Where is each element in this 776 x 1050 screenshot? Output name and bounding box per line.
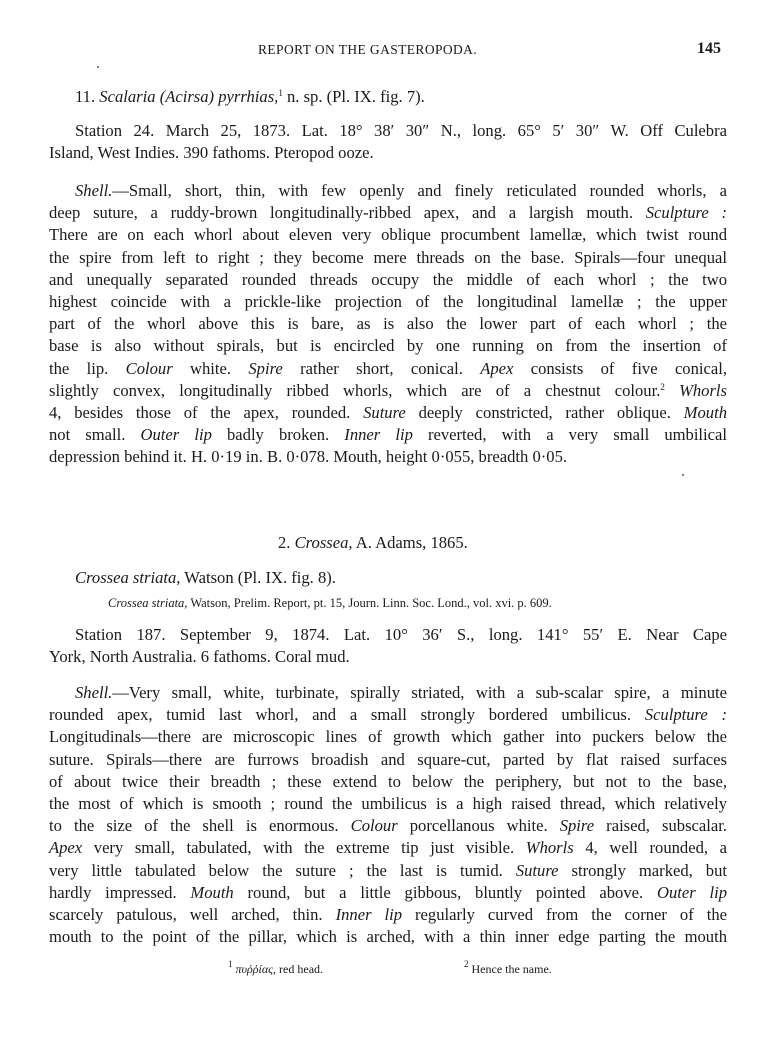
description-line: depression behind it. H. 0·19 in. B. 0·0… (49, 446, 727, 468)
description-line: Shell.—Very small, white, turbinate, spi… (75, 682, 727, 704)
text-run: Longitudinals—there are microscopic line… (49, 727, 727, 746)
text-run: mouth to the point of the pillar, which … (49, 927, 727, 946)
italic-term: Apex (480, 359, 513, 378)
text-run: part of the whorl above this is bare, as… (49, 314, 727, 333)
species-heading-1: 11. Scalaria (Acirsa) pyrrhias,1 n. sp. … (75, 86, 425, 108)
text-run: scarcely patulous, well arched, thin. (49, 905, 336, 924)
text-run: depression behind it. H. 0·19 in. B. 0·0… (49, 447, 567, 466)
text-run: white. (173, 359, 249, 378)
text-run: base is also without spirals, but is enc… (49, 336, 727, 355)
italic-term: Sculpture : (645, 705, 727, 724)
description-line: the lip. Colour white. Spire rather shor… (49, 358, 727, 380)
text-run: the lip. (49, 359, 126, 378)
italic-term: Outer lip (141, 425, 212, 444)
italic-term: Outer lip (657, 883, 727, 902)
page-number: 145 (697, 40, 721, 58)
footnote-text: red head. (276, 962, 323, 976)
citation-species: Crossea striata, (108, 596, 187, 610)
text-run: of about twice their breadth ; these ext… (49, 772, 727, 791)
italic-term: Shell. (75, 181, 112, 200)
italic-term: Shell. (75, 683, 112, 702)
description-line: hardly impressed. Mouth round, but a lit… (49, 882, 727, 904)
italic-term: Suture (363, 403, 406, 422)
text-run: suture. Spirals—there are furrows broadi… (49, 750, 727, 769)
description-line: base is also without spirals, but is enc… (49, 335, 727, 357)
italic-term: Spire (560, 816, 594, 835)
text-run: and unequally separated rounded threads … (49, 270, 727, 289)
species-number: 11. (75, 87, 95, 106)
description-line: suture. Spirals—there are furrows broadi… (49, 749, 727, 771)
text-run: to the size of the shell is enormous. (49, 816, 351, 835)
text-run: 4, besides those of the apex, rounded. (49, 403, 363, 422)
citation-text: Watson, Prelim. Report, pt. 15, Journ. L… (187, 596, 551, 610)
text-run: rounded apex, tumid last whorl, and a sm… (49, 705, 645, 724)
description-line: rounded apex, tumid last whorl, and a sm… (49, 704, 727, 726)
station-line: Station 187. September 9, 1874. Lat. 10°… (75, 624, 727, 646)
description-line: highest coincide with a prickle-like pro… (49, 291, 727, 313)
italic-term: Spire (248, 359, 282, 378)
species-heading-2: Crossea striata, Watson (Pl. IX. fig. 8)… (75, 567, 336, 589)
description-line: deep suture, a ruddy-brown longitudinall… (49, 202, 727, 224)
description-line: of about twice their breadth ; these ext… (49, 771, 727, 793)
document-page: REPORT ON THE GASTEROPODA. 145 11. Scala… (0, 0, 776, 1050)
footnote-2: 2 Hence the name. (464, 962, 552, 977)
text-run: slightly convex, longitudinally ribbed w… (49, 381, 660, 400)
text-run: There are on each whorl about eleven ver… (49, 225, 727, 244)
text-run: very small, tabulated, with the extreme … (82, 838, 526, 857)
footnote-1: 1 πυῤῥίας, red head. (228, 962, 323, 977)
italic-term: Mouth (684, 403, 727, 422)
text-run: highest coincide with a prickle-like pro… (49, 292, 727, 311)
synonymy-citation: Crossea striata, Watson, Prelim. Report,… (108, 596, 552, 611)
text-run: 4, well rounded, a (574, 838, 727, 857)
greek-word: πυῤῥίας, (236, 962, 277, 976)
description-line: Longitudinals—there are microscopic line… (49, 726, 727, 748)
text-run: the most of which is smooth ; round the … (49, 794, 727, 813)
text-run: raised, subscalar. (594, 816, 727, 835)
genus-name: Crossea, (295, 533, 353, 552)
italic-term: Colour (351, 816, 398, 835)
print-speck (682, 474, 684, 476)
description-line: to the size of the shell is enormous. Co… (49, 815, 727, 837)
text-run: badly broken. (212, 425, 344, 444)
text-run: —Very small, white, turbinate, spirally … (112, 683, 727, 702)
text-run (665, 381, 679, 400)
italic-term: Whorls (679, 381, 727, 400)
text-run: —Small, short, thin, with few openly and… (112, 181, 727, 200)
text-run: hardly impressed. (49, 883, 190, 902)
subgenus-name: (Acirsa) (160, 87, 214, 106)
description-line: There are on each whorl about eleven ver… (49, 224, 727, 246)
species-name: pyrrhias, (218, 87, 278, 106)
italic-term: Colour (126, 359, 173, 378)
text-run: not small. (49, 425, 141, 444)
italic-term: Inner lip (344, 425, 413, 444)
italic-term: Inner lip (336, 905, 402, 924)
genus-number: 2. (278, 533, 290, 552)
description-line: Apex very small, tabulated, with the ext… (49, 837, 727, 859)
station-line: York, North Australia. 6 fathoms. Coral … (49, 646, 727, 668)
text-run: deeply constricted, rather oblique. (406, 403, 684, 422)
text-run: very little tabulated below the suture ;… (49, 861, 516, 880)
genus-name: Scalaria (99, 87, 155, 106)
text-run: strongly marked, but (559, 861, 727, 880)
italic-term: Suture (516, 861, 559, 880)
text-run: rather short, conical. (283, 359, 480, 378)
italic-term: Whorls (526, 838, 574, 857)
print-speck (97, 66, 99, 68)
description-line: the spire from left to right ; they beco… (49, 247, 727, 269)
description-line: part of the whorl above this is bare, as… (49, 313, 727, 335)
description-line: not small. Outer lip badly broken. Inner… (49, 424, 727, 446)
running-title: REPORT ON THE GASTEROPODA. (258, 42, 477, 58)
italic-term: Mouth (190, 883, 233, 902)
genus-heading-2: 2. Crossea, A. Adams, 1865. (278, 532, 468, 554)
genus-authority: A. Adams, 1865. (353, 533, 468, 552)
text-run: regularly curved from the corner of the (402, 905, 727, 924)
description-line: 4, besides those of the apex, rounded. S… (49, 402, 727, 424)
text-run: consists of five conical, (513, 359, 727, 378)
description-line: the most of which is smooth ; round the … (49, 793, 727, 815)
text-run: round, but a little gibbous, bluntly poi… (234, 883, 657, 902)
description-line: slightly convex, longitudinally ribbed w… (49, 380, 727, 402)
text-run: reverted, with a very small umbilical (413, 425, 727, 444)
description-line: and unequally separated rounded threads … (49, 269, 727, 291)
description-line: Shell.—Small, short, thin, with few open… (75, 180, 727, 202)
text-run: deep suture, a ruddy-brown longitudinall… (49, 203, 646, 222)
description-line: very little tabulated below the suture ;… (49, 860, 727, 882)
text-run: porcellanous white. (398, 816, 560, 835)
footnote-text: Hence the name. (469, 962, 552, 976)
italic-term: Apex (49, 838, 82, 857)
italic-term: Sculpture : (646, 203, 727, 222)
footnote-marker: 1 (228, 959, 233, 969)
station-line: Station 24. March 25, 1873. Lat. 18° 38′… (75, 120, 727, 142)
text-run: the spire from left to right ; they beco… (49, 248, 727, 267)
species-authority: Watson (Pl. IX. fig. 8). (180, 568, 336, 587)
description-line: scarcely patulous, well arched, thin. In… (49, 904, 727, 926)
station-line: Island, West Indies. 390 fathoms. Pterop… (49, 142, 727, 164)
description-line: mouth to the point of the pillar, which … (49, 926, 727, 948)
species-name: Crossea striata, (75, 568, 180, 587)
species-suffix: n. sp. (Pl. IX. fig. 7). (283, 87, 425, 106)
